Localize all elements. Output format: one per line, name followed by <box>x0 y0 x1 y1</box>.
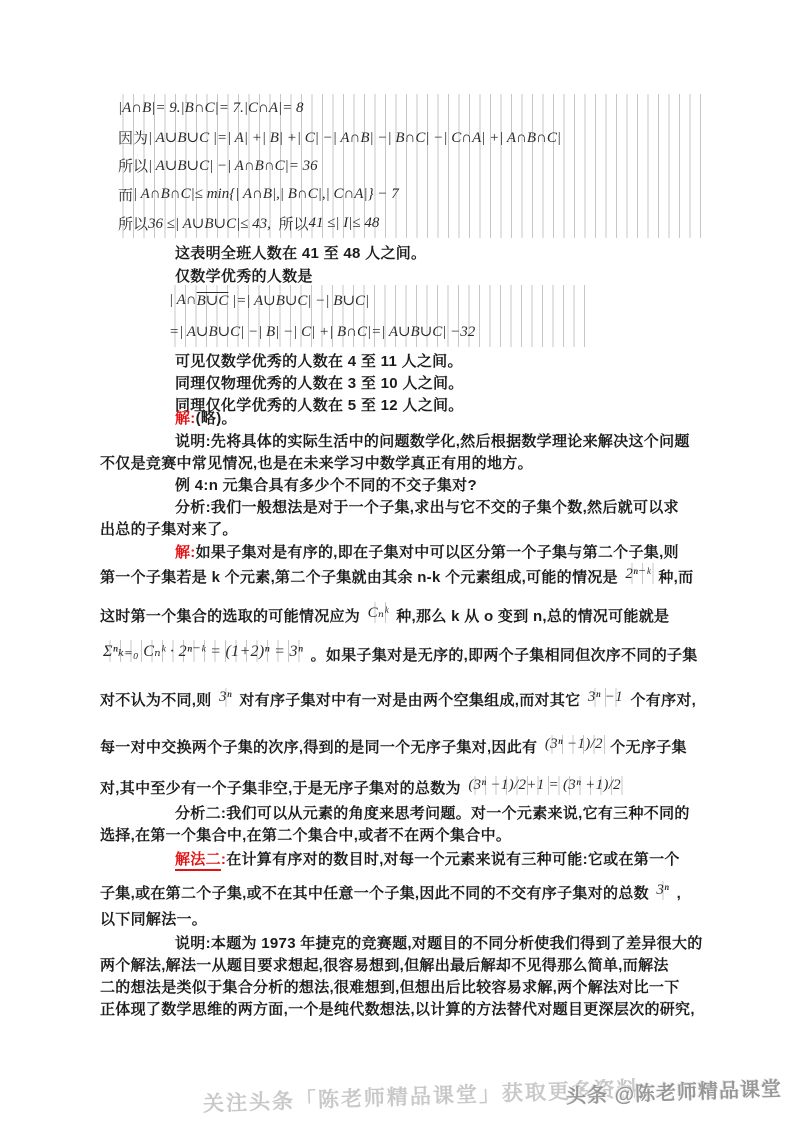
and-label: 而 <box>118 184 133 205</box>
solution-text: 以下同解法一。 <box>100 911 207 928</box>
formula-sum-equals-3-power-n: Σⁿₖ₌₀ Cₙᵏ · 2ⁿ⁻ᵏ = (1+2)ⁿ = 3ⁿ <box>100 640 306 662</box>
math-line-range-result: 所以36 ≤| A∪B∪C|≤ 43, 所以41 ≤| I|≤ 48 <box>118 209 707 238</box>
analysis-label: 分析二: <box>175 805 226 822</box>
solution-text: 对,其中至少有一个子集非空,于是无序子集对的总数为 <box>100 780 461 797</box>
therefore-label: 所以 <box>118 155 148 176</box>
note-label: 说明: <box>175 935 211 952</box>
note-text: 本题为 1973 年捷克的竞赛题,对题目的不同分析使我们得到了差异很大的 <box>211 935 703 952</box>
note2-line4: 正体现了数学思维的两方面,一个是纯代数想法,以计算的方法替代对题目更深层次的研究… <box>100 998 695 1019</box>
analysis1-line2: 出总的子集对来了。 <box>100 518 238 539</box>
analysis-text: 出总的子集对来了。 <box>100 521 238 538</box>
solution1-line: 解:(略)。 <box>175 407 237 428</box>
document-page: |A∩B|= 9.|B∩C|= 7.|C∩A|= 8 因为| A∪B∪C |=|… <box>0 0 793 1123</box>
math-line-min-bound: 而| A∩B∩C|≤ min{| A∩B|,| B∩C|,| C∩A|} − 7 <box>118 180 707 209</box>
analysis-text: 选择,在第一个集合中,在第二个集合中,或者不在两个集合中。 <box>100 827 511 844</box>
solution-text: 如果子集对是有序的,即在子集对中可以区分第一个子集与第二个子集,则 <box>196 544 679 561</box>
note1-line1: 说明:先将具体的实际生活中的问题数学化,然后根据数学理论来解决这个问题 <box>175 430 690 451</box>
solution-text: 种,那么 k 从 o 变到 n,总的情况可能就是 <box>396 608 669 625</box>
math-line-equals-36: 所以| A∪B∪C| −| A∩B∩C|= 36 <box>118 152 707 181</box>
watermark-channel-handle: 头条 @陈老师精品课堂 <box>565 1072 782 1109</box>
solution-text: 对不认为不同,则 <box>100 692 212 709</box>
solution-method2-line3: 以下同解法一。 <box>100 908 207 929</box>
note-text: 不仅是竞赛中常见情况,也是在未来学习中数学真正有用的地方。 <box>100 455 533 472</box>
solution2-line6: 每一对中交换两个子集的次序,得到的是同一个无序子集对,因此有 (3ⁿ −1)/2… <box>100 736 687 758</box>
formula-2-power-n-minus-k: 2ⁿ⁻ᵏ <box>622 563 654 584</box>
paragraph-physics-range: 同理仅物理优秀的人数在 3 至 10 人之间。 <box>175 372 464 393</box>
solution-text: 。如果子集对是无序的,即两个子集相同但次序不同的子集 <box>311 647 698 664</box>
solution-text: 这时第一个集合的选取的可能情况应为 <box>100 608 360 625</box>
example-text: n 元集合具有多少个不同的不交子集对? <box>209 477 477 494</box>
solution-text: 对有序子集对中有一对是由两个空集组成,而对其它 <box>239 692 580 709</box>
solution-method2-label: 解法二 <box>175 851 221 871</box>
formula-3-power-n: 3ⁿ <box>653 881 672 900</box>
solution-text: 在计算有序对的数目时,对每一个元素来说有三种可能:它或在第一个 <box>226 851 679 868</box>
note1-line2: 不仅是竞赛中常见情况,也是在未来学习中数学真正有用的地方。 <box>100 452 533 473</box>
math-line-given-values: |A∩B|= 9.|B∩C|= 7.|C∩A|= 8 <box>118 94 707 123</box>
note2-line2: 两个解法,解法一从题目要求想起,很容易想到,但解出最后解却不见得那么简单,而解法 <box>100 954 669 975</box>
formula-text: |=| A∪B∪C| −| B∪C| <box>228 291 369 310</box>
solution-method2-line2: 子集,或在第二个子集,或不在其中任意一个子集,因此不同的不交有序子集对的总数 3… <box>100 882 681 904</box>
note2-line3: 二的想法是类似于集合分析的想法,很难想到,但想出后比较容易求解,两个解法对比一下 <box>100 976 680 997</box>
formula-3-power-n-minus-1: 3ⁿ −1 <box>585 688 626 707</box>
because-label: 因为 <box>118 127 148 148</box>
therefore-label: 所以 <box>278 213 308 234</box>
paragraph-text: 同理仅物理优秀的人数在 3 至 10 人之间。 <box>175 375 464 392</box>
formula-text: 41 ≤| I|≤ 48 <box>308 215 379 232</box>
paragraph-text: 可见仅数学优秀的人数在 4 至 11 人之间。 <box>175 353 463 370</box>
solution-text: 种,而 <box>658 569 693 586</box>
solution-text: 个无序子集 <box>610 739 687 756</box>
note2-line1: 说明:本题为 1973 年捷克的竞赛题,对题目的不同分析使我们得到了差异很大的 <box>175 932 703 953</box>
solution2-line7: 对,其中至少有一个子集非空,于是无序子集对的总数为 (3ⁿ −1)/2+1 = … <box>100 777 624 799</box>
solution2-line1: 解:如果子集对是有序的,即在子集对中可以区分第一个子集与第二个子集,则 <box>175 541 679 562</box>
formula-binomial-C-n-k: Cₙᵏ <box>365 602 392 623</box>
formula-text: 36 ≤| A∪B∪C|≤ 43, <box>148 214 278 233</box>
analysis-label: 分析: <box>175 499 211 516</box>
solution-text: (略)。 <box>196 410 237 427</box>
formula-text: =| A∪B∪C| −| B| −| C| +| B∩C|=| A∪B∪C| −… <box>169 322 475 341</box>
solution-text: 每一对中交换两个子集的次序,得到的是同一个无序子集对,因此有 <box>100 739 537 756</box>
solution-text: , <box>677 885 681 902</box>
solution-label: 解: <box>175 410 196 427</box>
therefore-label: 所以 <box>118 213 148 234</box>
paragraph-text: 仅数学优秀的人数是 <box>175 268 313 285</box>
solution-text: 子集,或在第二个子集,或不在其中任意一个子集,因此不同的不交有序子集对的总数 <box>100 885 649 902</box>
analysis2-line2: 选择,在第一个集合中,在第二个集合中,或者不在两个集合中。 <box>100 824 511 845</box>
formula-text: | A∪B∪C |=| A| +| B| +| C| −| A∩B| −| B∩… <box>148 128 561 147</box>
solution2-line3: 这时第一个集合的选取的可能情况应为 Cₙᵏ 种,那么 k 从 o 变到 n,总的… <box>100 605 669 627</box>
math-block-inclusion-exclusion: |A∩B|= 9.|B∩C|= 7.|C∩A|= 8 因为| A∪B∪C |=|… <box>113 94 707 238</box>
paragraph-class-size-range: 这表明全班人数在 41 至 48 人之间。 <box>175 242 426 263</box>
math-line-union-formula: 因为| A∪B∪C |=| A| +| B| +| C| −| A∩B| −| … <box>118 123 707 152</box>
formula-total-unordered-pairs: (3ⁿ −1)/2+1 = (3ⁿ +1)/2 <box>465 776 624 795</box>
example4-line: 例 4:n 元集合具有多少个不同的不交子集对? <box>175 474 477 495</box>
solution2-line4: Σⁿₖ₌₀ Cₙᵏ · 2ⁿ⁻ᵏ = (1+2)ⁿ = 3ⁿ 。如果子集对是无序… <box>100 644 698 666</box>
formula-half-3n-minus-1: (3ⁿ −1)/2 <box>542 735 606 754</box>
formula-text: | A∩ <box>169 292 197 309</box>
solution-method2-line1: 解法二:在计算有序对的数目时,对每一个元素来说有三种可能:它或在第一个 <box>175 848 680 869</box>
analysis-text: 我们一般想法是对于一个子集,求出与它不交的子集个数,然后就可以求 <box>211 499 679 516</box>
analysis2-line1: 分析二:我们可以从元素的角度来思考问题。对一个元素来说,它有三种不同的 <box>175 802 690 823</box>
formula-text: |A∩B|= 9.|B∩C|= 7.|C∩A|= 8 <box>118 100 304 117</box>
solution-text: 个有序对, <box>630 692 696 709</box>
analysis-text: 我们可以从元素的角度来思考问题。对一个元素来说,它有三种不同的 <box>226 805 689 822</box>
paragraph-math-range: 可见仅数学优秀的人数在 4 至 11 人之间。 <box>175 350 463 371</box>
analysis1-line1: 分析:我们一般想法是对于一个子集,求出与它不交的子集个数,然后就可以求 <box>175 496 679 517</box>
paragraph-text: 这表明全班人数在 41 至 48 人之间。 <box>175 245 426 262</box>
formula-text: | A∩B∩C|≤ min{| A∩B|,| B∩C|,| C∩A|} − 7 <box>133 186 399 203</box>
formula-text: | A∪B∪C| −| A∩B∩C|= 36 <box>148 156 318 175</box>
note-label: 说明: <box>175 433 211 450</box>
solution-text: 第一个子集若是 k 个元素,第二个子集就由其余 n-k 个元素组成,可能的情况是 <box>100 569 618 586</box>
formula-3-power-n: 3ⁿ <box>216 688 235 707</box>
math-block-only-math-count: | A∩B∪C |=| A∪B∪C| −| B∪C| =| A∪B∪C| −| … <box>165 285 585 347</box>
solution2-line2: 第一个子集若是 k 个元素,第二个子集就由其余 n-k 个元素组成,可能的情况是… <box>100 566 693 588</box>
solution2-line5: 对不认为不同,则 3ⁿ 对有序子集对中有一对是由两个空集组成,而对其它 3ⁿ −… <box>100 689 696 711</box>
paragraph-math-only-intro: 仅数学优秀的人数是 <box>175 265 313 286</box>
note-text: 二的想法是类似于集合分析的想法,很难想到,但想出后比较容易求解,两个解法对比一下 <box>100 979 680 996</box>
solution-label: 解: <box>175 544 196 561</box>
formula-overline-text: B∪C <box>197 291 229 310</box>
note-text: 先将具体的实际生活中的问题数学化,然后根据数学理论来解决这个问题 <box>211 433 690 450</box>
math-line-complement: | A∩B∪C |=| A∪B∪C| −| B∪C| <box>169 285 585 316</box>
math-line-minus-32: =| A∪B∪C| −| B| −| C| +| B∩C|=| A∪B∪C| −… <box>169 316 585 347</box>
note-text: 两个解法,解法一从题目要求想起,很容易想到,但解出最后解却不见得那么简单,而解法 <box>100 957 669 974</box>
note-text: 正体现了数学思维的两方面,一个是纯代数想法,以计算的方法替代对题目更深层次的研究… <box>100 1001 695 1018</box>
example-label: 例 4: <box>175 477 209 494</box>
